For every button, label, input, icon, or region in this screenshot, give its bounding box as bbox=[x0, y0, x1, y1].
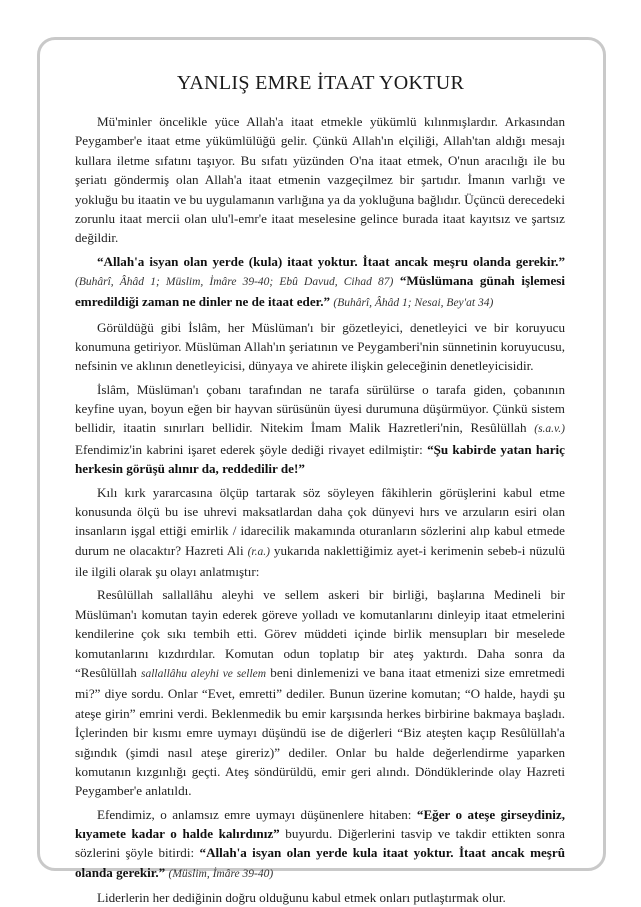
paragraph-7: Efendimiz, o anlamsız emre uymayı düşüne… bbox=[75, 805, 565, 885]
text-run: Görüldüğü gibi İslâm, her Müslüman'ı bir… bbox=[75, 320, 565, 374]
citation: (Buhârî, Âhâd 1; Müslim, İmâre 39-40; Eb… bbox=[75, 276, 393, 288]
text-run: Efendimiz'in kabrini işaret ederek şöyle… bbox=[75, 442, 427, 457]
paragraph-3: Görüldüğü gibi İslâm, her Müslüman'ı bir… bbox=[75, 318, 565, 376]
paragraph-6-narration: Resûlüllah sallallâhu aleyhi ve sellem a… bbox=[75, 585, 565, 800]
page-title: YANLIŞ EMRE İTAAT YOKTUR bbox=[0, 72, 641, 95]
paragraph-8-conclusion: Liderlerin her dediğinin doğru olduğunu … bbox=[75, 888, 565, 907]
citation: (Buhârî, Âhâd 1; Nesai, Bey'at 34) bbox=[333, 297, 493, 309]
citation: sallallâhu aleyhi ve sellem bbox=[141, 668, 266, 680]
paragraph-1: Mü'minler öncelikle yüce Allah'a itaat e… bbox=[75, 112, 565, 248]
text-run: beni dinlemenizi ve bana itaat etmenizi … bbox=[75, 665, 565, 798]
citation: (s.a.v.) bbox=[534, 423, 565, 435]
paragraph-4: İslâm, Müslüman'ı çobanı tarafından ne t… bbox=[75, 380, 565, 479]
quote-bold: “Allah'a isyan olan yerde (kula) itaat y… bbox=[97, 254, 565, 269]
citation: (r.a.) bbox=[248, 546, 270, 558]
text-run: Efendimiz, o anlamsız emre uymayı düşüne… bbox=[97, 807, 417, 822]
paragraph-5: Kılı kırk yararcasına ölçüp tartarak söz… bbox=[75, 483, 565, 582]
text-run: İslâm, Müslüman'ı çobanı tarafından ne t… bbox=[75, 382, 565, 436]
document-body: Mü'minler öncelikle yüce Allah'a itaat e… bbox=[75, 112, 565, 907]
citation: (Müslim, İmâre 39-40) bbox=[169, 868, 274, 880]
text-run: Mü'minler öncelikle yüce Allah'a itaat e… bbox=[75, 114, 565, 245]
paragraph-2-hadith-quote: “Allah'a isyan olan yerde (kula) itaat y… bbox=[75, 252, 565, 314]
text-run: Liderlerin her dediğinin doğru olduğunu … bbox=[97, 890, 506, 905]
